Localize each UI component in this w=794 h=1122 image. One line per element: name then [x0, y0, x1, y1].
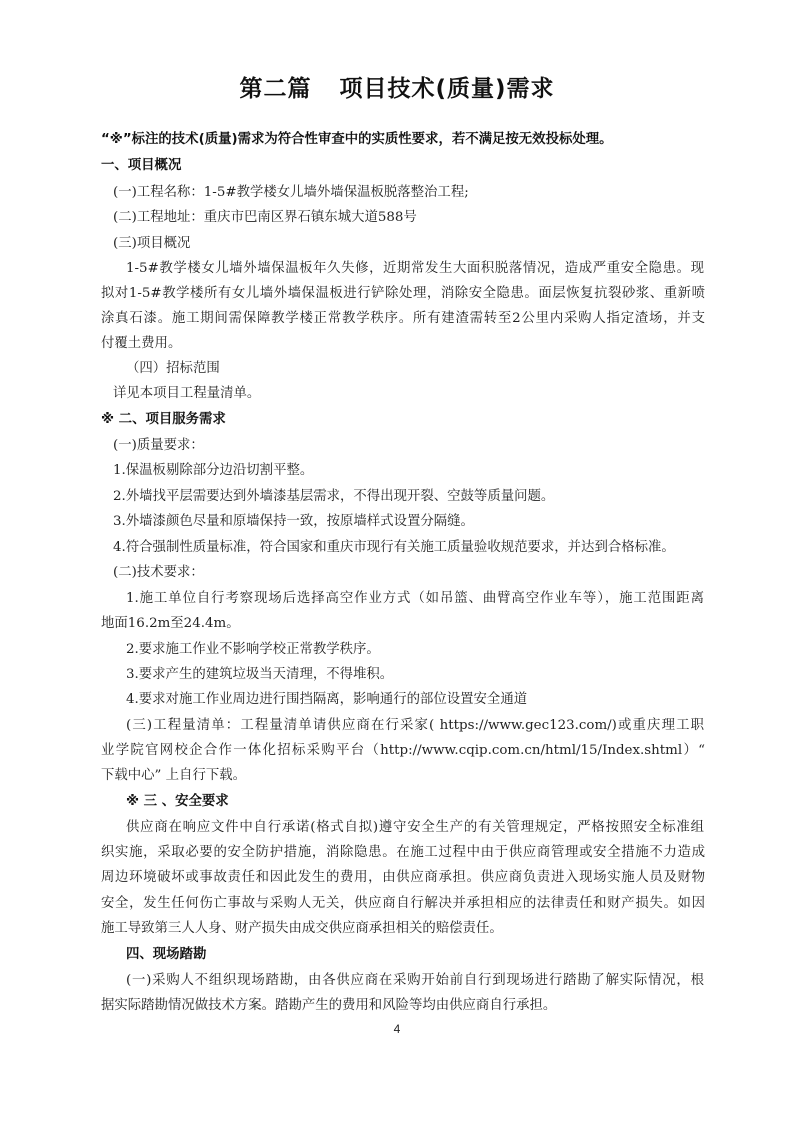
safety-line: 施工导致第三人人身、财产损失由成交供应商承担相关的赔偿责任。: [101, 919, 705, 939]
title-main: 项目技术(质量)需求: [339, 76, 554, 102]
section3-heading: ※ 三 、安全要求: [126, 792, 704, 812]
tech-item: 4.要求对施工作业周边进行围挡隔离，影响通行的部位设置安全通道: [126, 690, 704, 710]
bid-scope-heading: （四）招标范围: [126, 359, 704, 379]
quality-item: 2.外墙找平层需要达到外墙漆基层需求，不得出现开裂、空鼓等质量问题。: [113, 487, 717, 507]
quality-item: 4.符合强制性质量标准，符合国家和重庆市现行有关施工质量验收规范要求，并达到合格…: [113, 538, 717, 558]
site-visit-line: (一)采购人不组织现场踏勘，由各供应商在采购开始前自行到现场进行踏勘了解实际情况…: [126, 971, 704, 991]
tech-item: 2.要求施工作业不影响学校正常教学秩序。: [126, 640, 704, 660]
site-visit-line: 据实际踏勘情况做技术方案。踏勘产生的费用和风险等均由供应商自行承担。: [101, 996, 705, 1016]
quality-item: 1.保温板剔除部分边沿切割平整。: [113, 461, 717, 481]
tech-heading: (二)技术要求：: [113, 563, 717, 583]
overview-line: 付覆土费用。: [101, 334, 705, 354]
tech-item-cont: 地面16.2m至24.4m。: [101, 614, 705, 634]
document-page: 第二篇项目技术(质量)需求 “※”标注的技术(质量)需求为符合性审查中的实质性要…: [0, 0, 794, 1122]
overview-line: 1-5#教学楼女儿墙外墙保温板年久失修，近期常发生大面积脱落情况，造成严重安全隐…: [126, 259, 704, 279]
tech-item: 3.要求产生的建筑垃圾当天清理，不得堆积。: [126, 665, 704, 685]
section1-heading: 一、项目概况: [101, 156, 705, 176]
bill-line: 业学院官网校企合作一体化招标采购平台（http://www.cqip.com.c…: [101, 741, 705, 761]
title-part: 第二篇: [239, 76, 311, 102]
quality-heading: (一)质量要求：: [113, 436, 717, 456]
section4-heading: 四、现场踏勘: [126, 945, 704, 965]
project-address: (二)工程地址：重庆市巴南区界石镇东城大道588号: [113, 208, 717, 228]
safety-line: 安全，发生任何伤亡事故与采购人无关，供应商自行解决并承担相应的法律责任和财产损失…: [101, 894, 705, 914]
tech-item: 1.施工单位自行考察现场后选择高空作业方式（如吊篮、曲臂高空作业车等），施工范围…: [126, 589, 704, 609]
bill-line: (三)工程量清单：工程量清单请供应商在行采家( https://www.gec1…: [126, 716, 704, 736]
bill-line: 下载中心” 上自行下载。: [101, 766, 705, 786]
project-name: (一)工程名称：1-5#教学楼女儿墙外墙保温板脱落整治工程;: [113, 183, 717, 203]
notice-text: “※”标注的技术(质量)需求为符合性审查中的实质性要求，若不满足按无效投标处理。: [101, 130, 705, 150]
page-number: 4: [0, 1022, 794, 1036]
page-title: 第二篇项目技术(质量)需求: [0, 70, 794, 103]
section2-heading: ※ 二、项目服务需求: [101, 410, 705, 430]
safety-line: 周边环境破坏或事故责任和因此发生的费用，由供应商承担。供应商负责进入现场实施人员…: [101, 868, 705, 888]
overview-line: 拟对1-5#教学楼所有女儿墙外墙保温板进行铲除处理，消除安全隐患。面层恢复抗裂砂…: [101, 284, 705, 304]
safety-line: 供应商在响应文件中自行承诺(格式自拟)遵守安全生产的有关管理规定，严格按照安全标…: [126, 818, 704, 838]
bid-scope-text: 详见本项目工程量清单。: [113, 384, 717, 404]
overview-line: 涂真石漆。施工期间需保障教学楼正常教学秩序。所有建渣需转至2公里内采购人指定渣场…: [101, 309, 705, 329]
project-overview-heading: (三)项目概况: [113, 234, 717, 254]
safety-line: 织实施，采取必要的安全防护措施，消除隐患。在施工过程中由于供应商管理或安全措施不…: [101, 843, 705, 863]
quality-item: 3.外墙漆颜色尽量和原墙保持一致，按原墙样式设置分隔缝。: [113, 512, 717, 532]
